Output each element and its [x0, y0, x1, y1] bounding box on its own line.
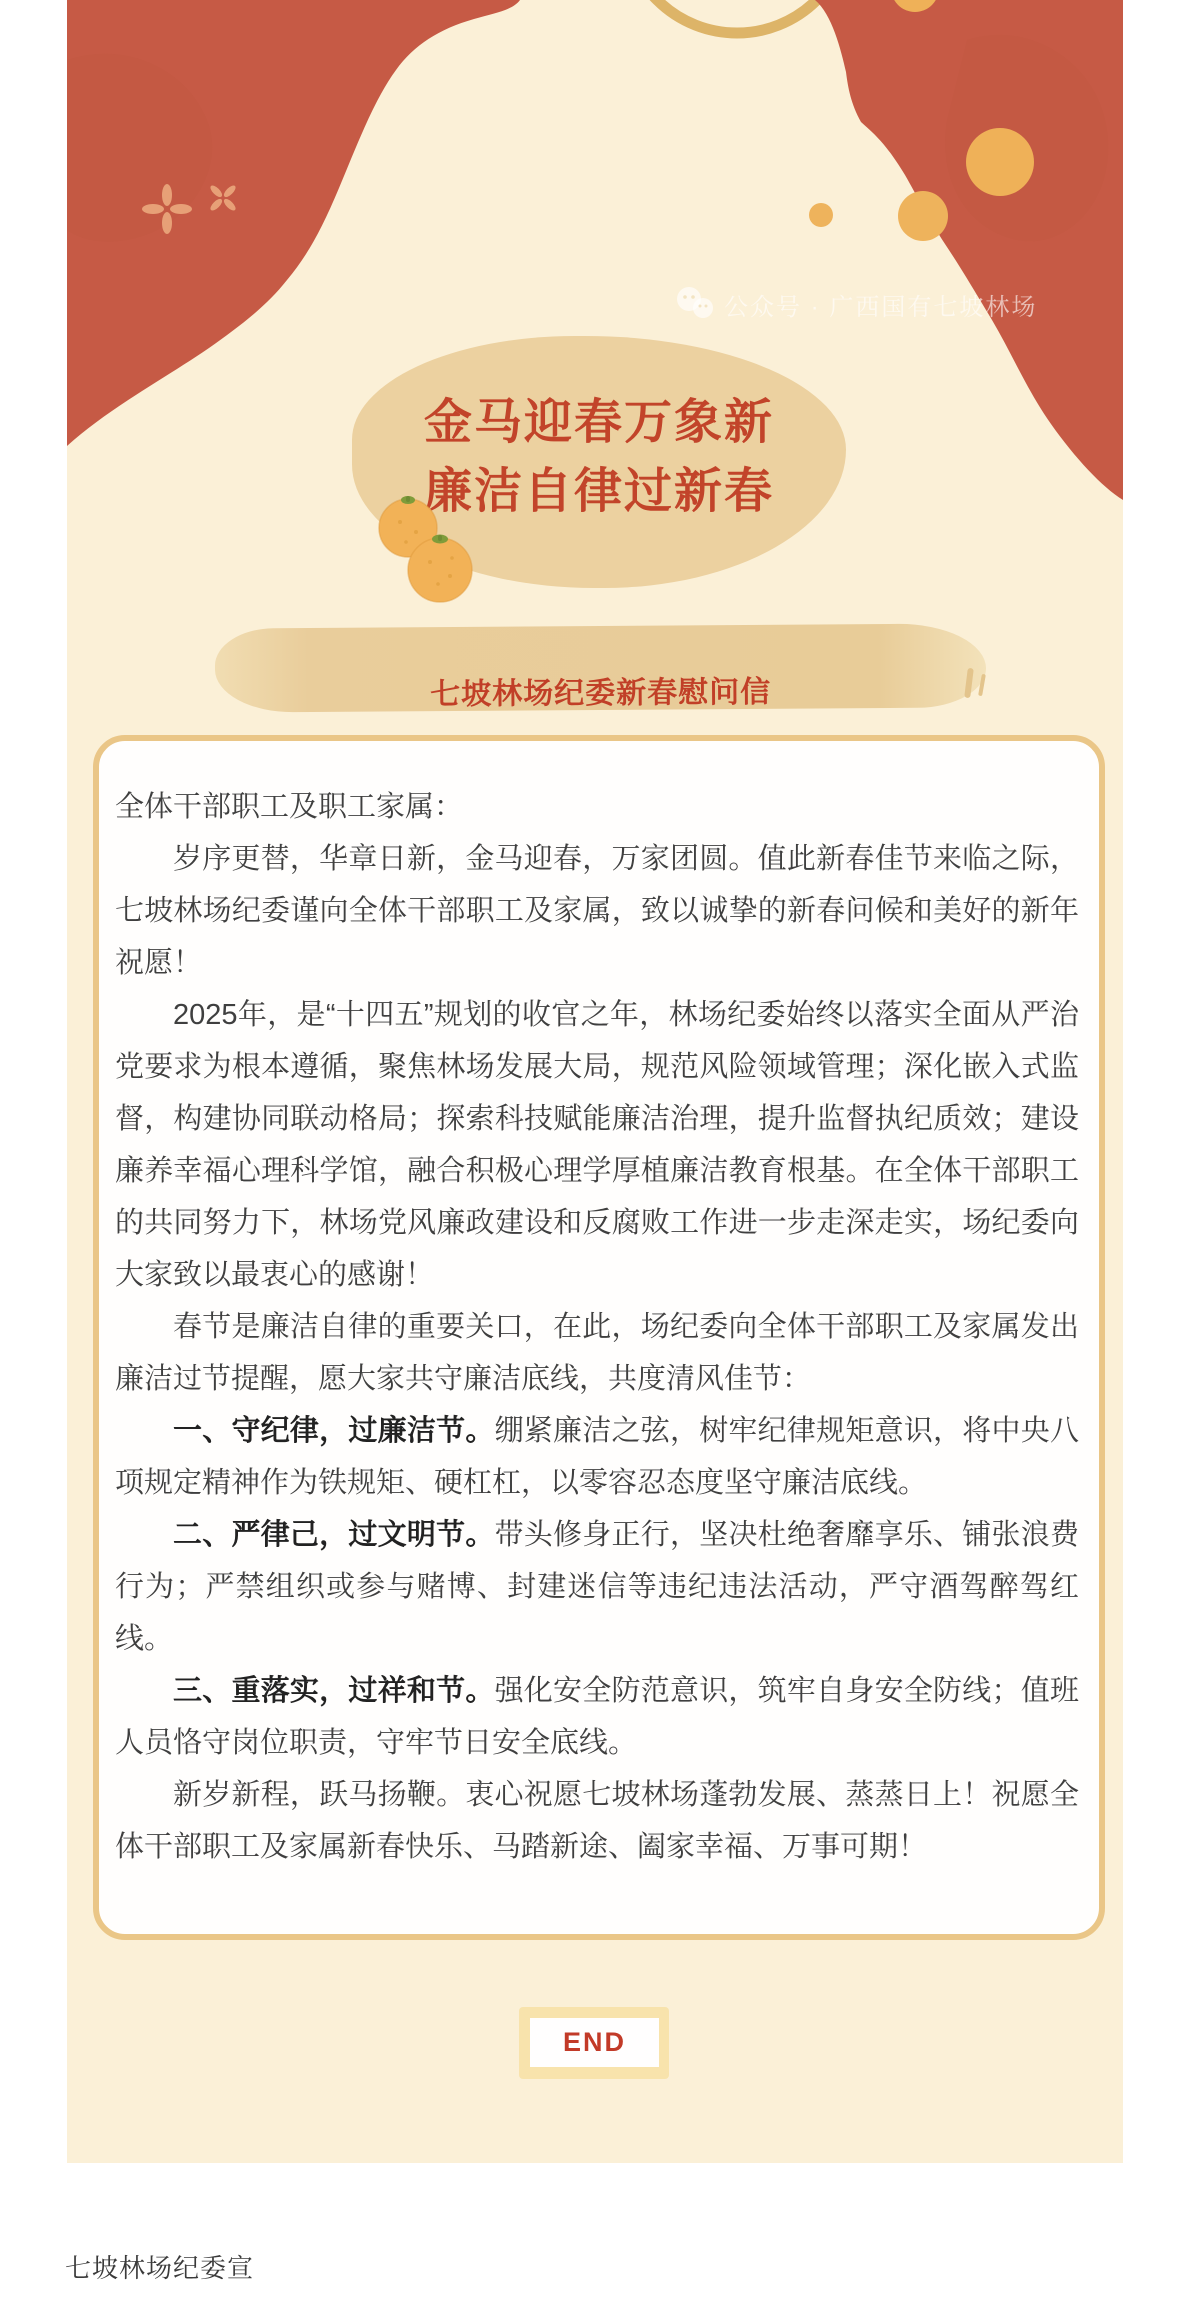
paragraph-text: 2025年，是“十四五”规划的收官之年，林场纪委始终以落实全面从严治党要求为根本…: [115, 999, 1079, 1291]
paragraph-lead-bold: 一、守纪律，过廉洁节。: [173, 1415, 495, 1447]
letter-paragraph: 三、重落实，过祥和节。强化安全防范意识，筑牢自身安全防线；值班人员恪守岗位职责，…: [115, 1665, 1079, 1769]
paragraph-text: 岁序更替，华章日新，金马迎春，万家团圆。值此新春佳节来临之际，七坡林场纪委谨向全…: [115, 843, 1079, 979]
orange-dot: [898, 191, 948, 241]
small-dot: [809, 203, 833, 227]
end-label: END: [563, 2027, 626, 2058]
banner: 七坡林场纪委新春慰问信: [215, 623, 987, 712]
letter-paragraph: 春节是廉洁自律的重要关口，在此，场纪委向全体干部职工及家属发出廉洁过节提醒，愿大…: [115, 1301, 1079, 1405]
letter-card: 全体干部职工及职工家属：岁序更替，华章日新，金马迎春，万家团圆。值此新春佳节来临…: [93, 735, 1105, 1940]
paragraph-lead-bold: 二、严律己，过文明节。: [173, 1519, 495, 1551]
end-badge: END: [519, 2007, 669, 2079]
title-line-1: 金马迎春万象新: [352, 388, 846, 457]
paragraph-text: 全体干部职工及职工家属：: [115, 791, 463, 823]
orange-dot: [966, 128, 1034, 196]
letter-paragraph: 新岁新程，跃马扬鞭。衷心祝愿七坡林场蓬勃发展、蒸蒸日上！祝愿全体干部职工及家属新…: [115, 1769, 1079, 1873]
end-badge-inner: END: [530, 2018, 659, 2067]
watermark-text: 公众号 · 广西国有七坡林场: [724, 287, 1037, 322]
letter-body: 全体干部职工及职工家属：岁序更替，华章日新，金马迎春，万家团圆。值此新春佳节来临…: [115, 781, 1079, 1873]
letter-paragraph: 二、严律己，过文明节。带头修身正行，坚决杜绝奢靡享乐、铺张浪费行为；严禁组织或参…: [115, 1509, 1079, 1665]
paragraph-text: 新岁新程，跃马扬鞭。衷心祝愿七坡林场蓬勃发展、蒸蒸日上！祝愿全体干部职工及家属新…: [115, 1779, 1079, 1863]
letter-paragraph: 岁序更替，华章日新，金马迎春，万家团圆。值此新春佳节来临之际，七坡林场纪委谨向全…: [115, 833, 1079, 989]
letter-paragraph: 全体干部职工及职工家属：: [115, 781, 1079, 833]
wechat-watermark: 公众号 · 广西国有七坡林场: [676, 286, 1037, 322]
footer-credit: 七坡林场纪委宣: [65, 2248, 254, 2285]
paragraph-lead-bold: 三、重落实，过祥和节。: [173, 1675, 495, 1707]
article-page: 公众号 · 广西国有七坡林场 金马迎春万象新 廉洁自律过新春 七坡林场纪委新春慰…: [0, 0, 1196, 2307]
paragraph-text: 春节是廉洁自律的重要关口，在此，场纪委向全体干部职工及家属发出廉洁过节提醒，愿大…: [115, 1311, 1079, 1395]
letter-paragraph: 一、守纪律，过廉洁节。绷紧廉洁之弦，树牢纪律规矩意识，将中央八项规定精神作为铁规…: [115, 1405, 1079, 1509]
tangerines-icon: [370, 492, 490, 617]
banner-text: 七坡林场纪委新春慰问信: [215, 665, 986, 714]
wechat-official-account-icon: [676, 287, 716, 321]
letter-paragraph: 2025年，是“十四五”规划的收官之年，林场纪委始终以落实全面从严治党要求为根本…: [115, 989, 1079, 1301]
circle-outline-decoration: [624, 0, 850, 33]
